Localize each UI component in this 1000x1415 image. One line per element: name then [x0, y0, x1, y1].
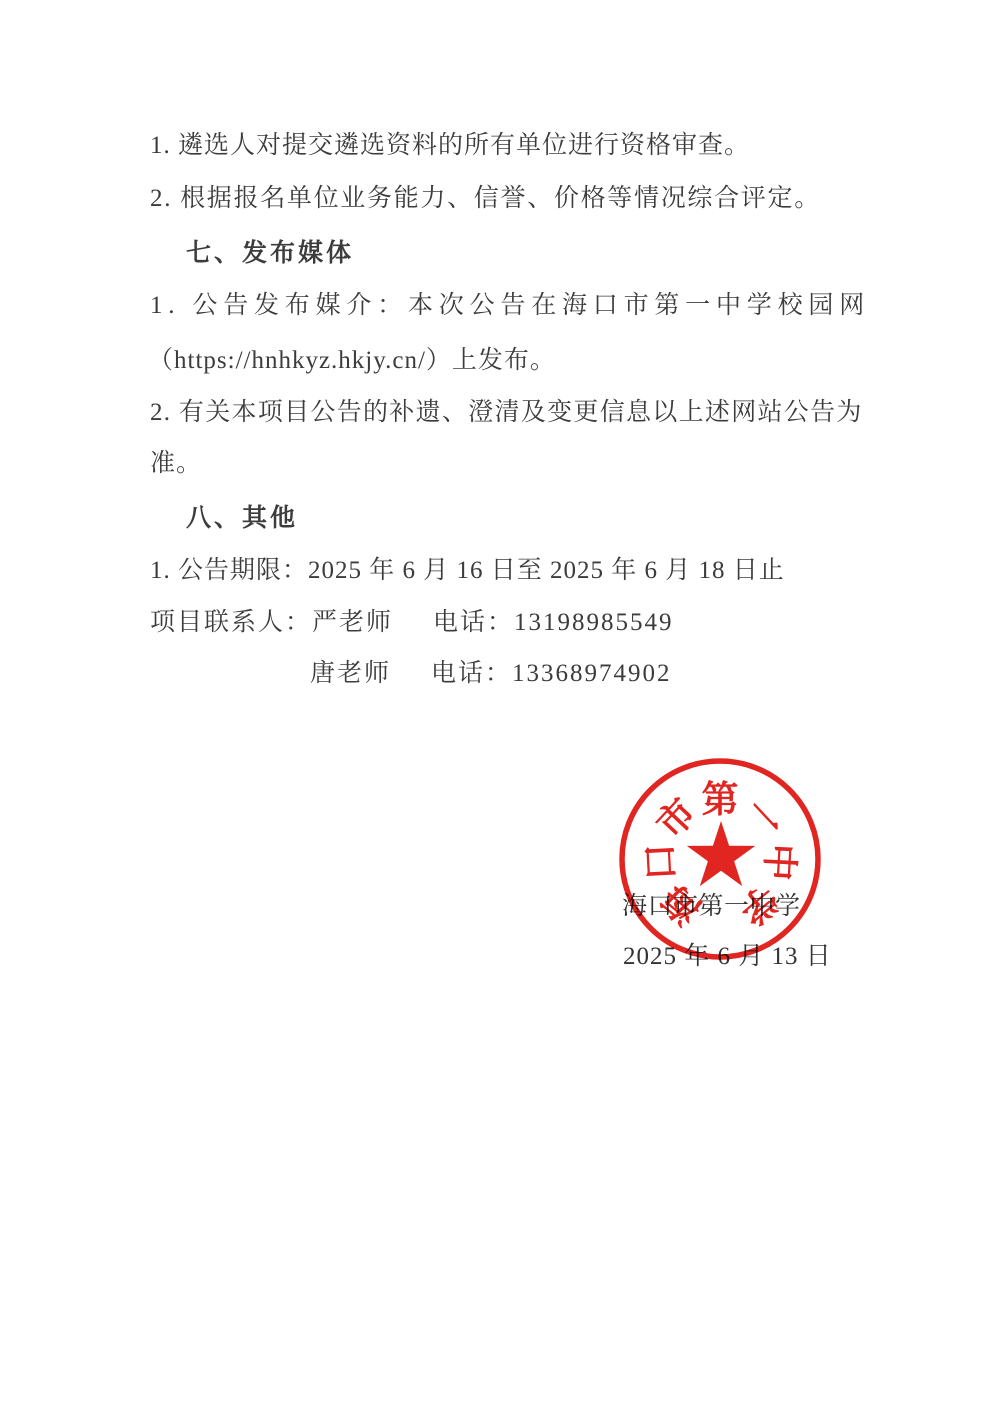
contact-phone-group: 电话：13198985549 [433, 609, 674, 636]
official-seal-stamp-icon: 海 口 市 第 一 中 学 [613, 755, 827, 969]
contact-row: 唐老师电话：13368974902 [310, 660, 672, 689]
seal-char: 口 [640, 843, 683, 882]
seal-char: 学 [730, 876, 785, 932]
paragraph-amendment-line2: 准。 [150, 450, 202, 479]
section-heading-publish-media: 七、发布媒体 [186, 240, 354, 269]
contact-row: 项目联系人：严老师电话：13198985549 [150, 609, 674, 638]
seal-char: 第 [702, 779, 739, 821]
paragraph-qualification-review: 1. 遴选人对提交遴选资料的所有单位进行资格审查。 [150, 132, 750, 161]
paragraph-publish-media-url: （https://hnhkyz.hkjy.cn/）上发布。 [148, 347, 556, 376]
contact-name: 严老师 [312, 609, 393, 636]
seal-char: 市 [649, 791, 705, 847]
paragraph-amendment-line1: 2. 有关本项目公告的补遗、澄清及变更信息以上述网站公告为 [150, 399, 863, 428]
document-page: 1. 遴选人对提交遴选资料的所有单位进行资格审查。 2. 根据报名单位业务能力、… [0, 0, 1000, 1415]
phone-number: 13368974902 [512, 660, 672, 687]
seal-star-icon [687, 821, 755, 886]
seal-char: 一 [735, 792, 790, 847]
contact-name: 唐老师 [310, 660, 391, 687]
contact-phone-group: 电话：13368974902 [431, 660, 672, 687]
paragraph-publish-media-line1: 1. 公告发布媒介：本次公告在海口市第一中学校园网 [150, 292, 870, 321]
phone-number: 13198985549 [514, 609, 674, 636]
paragraph-announcement-period: 1. 公告期限：2025 年 6 月 16 日至 2025 年 6 月 18 日… [150, 557, 785, 586]
paragraph-evaluation: 2. 根据报名单位业务能力、信誉、价格等情况综合评定。 [150, 185, 821, 214]
section-heading-other: 八、其他 [186, 505, 298, 534]
phone-label: 电话： [431, 660, 512, 687]
contact-label: 项目联系人： [150, 609, 312, 636]
seal-char: 中 [757, 843, 801, 882]
phone-label: 电话： [433, 609, 514, 636]
